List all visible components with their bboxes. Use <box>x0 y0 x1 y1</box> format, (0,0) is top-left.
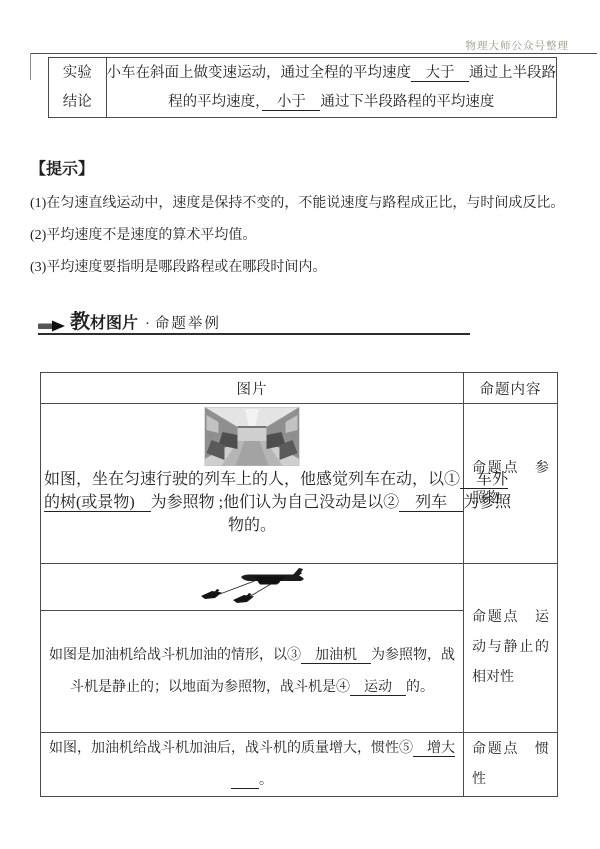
section-title: 教材图片 <box>70 312 138 334</box>
section-title-dot: · <box>145 314 150 334</box>
section-subtitle: 命题举例 <box>155 314 221 334</box>
section-title-first-char: 教 <box>70 311 90 333</box>
row3-topic-cell: 命题点 惯性 <box>464 733 557 796</box>
row1-text: 如图，坐在匀速行驶的列车上的人，他感觉列车在动，以① 车外的树(或景物) 为参照… <box>44 466 460 535</box>
header-content: 命题内容 <box>464 373 557 403</box>
arrow-bullet-icon <box>38 320 66 332</box>
label-line-2: 结论 <box>63 88 92 117</box>
fighter-jet-1 <box>201 589 222 599</box>
tips-section: 【提示】 (1)在匀速直线运动中，速度是保持不变的，不能说速度与路程成正比，与时… <box>30 159 578 284</box>
section-underline <box>38 333 470 335</box>
section-title-rest: 材图片 <box>90 315 138 332</box>
header-picture: 图片 <box>41 373 463 403</box>
row2-picture-cell <box>41 564 463 610</box>
row2-text-cell: 如图是加油机给战斗机加油的情形，以③ 加油机 为参照物，战斗机是静止的；以地面为… <box>41 611 463 732</box>
page-top-rule <box>30 53 597 54</box>
label-line-1: 实验 <box>63 59 92 88</box>
tips-title: 【提示】 <box>30 159 578 181</box>
row1-topic-cell: 命题点 参照物 <box>464 404 557 563</box>
watermark-text: 物理大师公众号整理 <box>466 38 570 53</box>
conclusion-text-cell: 小车在斜面上做变速运动，通过全程的平均速度 大于 通过上半段路程的平均速度， 小… <box>107 58 557 117</box>
section-header: 教材图片 · 命题举例 <box>38 312 221 334</box>
tip-item-2: (2)平均速度不是速度的算术平均值。 <box>30 220 578 252</box>
left-margin-tick <box>30 53 31 80</box>
tip-item-1: (1)在匀速直线运动中，速度是保持不变的，不能说速度与路程成正比，与时间成反比。 <box>30 188 578 220</box>
tip-item-3: (3)平均速度要指明是哪段路程或在哪段时间内。 <box>30 252 578 284</box>
conclusion-label-cell: 实验 结论 <box>49 58 107 117</box>
examples-table: 图片 命题内容 如图，坐在匀速行驶的列车上的人，他感觉列车在 <box>40 372 558 797</box>
row1-picture-text-cell: 如图，坐在匀速行驶的列车上的人，他感觉列车在动，以① 车外的树(或景物) 为参照… <box>41 404 463 563</box>
aerial-refueling-image <box>197 567 307 607</box>
row3-text-cell: 如图，加油机给战斗机加油后，战斗机的质量增大，惯性⑤ 增大 。 <box>41 733 463 796</box>
fighter-jet-2 <box>233 593 254 603</box>
experiment-conclusion-table: 实验 结论 小车在斜面上做变速运动，通过全程的平均速度 大于 通过上半段路程的平… <box>48 57 557 118</box>
row2-topic-cell: 命题点 运动与静止的相对性 <box>464 564 557 732</box>
document-page: 物理大师公众号整理 实验 结论 小车在斜面上做变速运动，通过全程的平均速度 大于… <box>0 0 600 849</box>
train-interior-image <box>205 407 300 466</box>
